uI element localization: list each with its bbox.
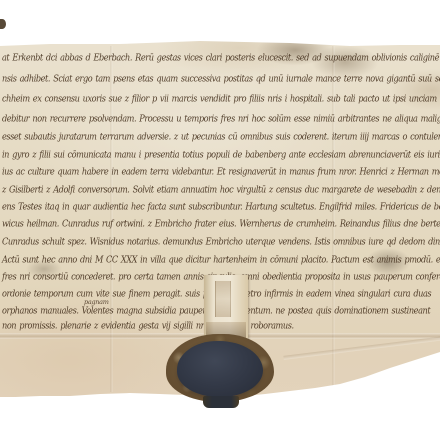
manuscript-line-2: nsis adhibet. Sciat ergo tam psens etas … (0, 73, 440, 86)
corner-mark (0, 19, 6, 29)
manuscript-line-4: debitur non recurrere psolvendam. Proces… (0, 113, 440, 126)
manuscript-line-7: ius ac culture quam habere in eadem terr… (0, 166, 440, 179)
manuscript-line-5: esset subautis juratarum terrarum advers… (0, 131, 440, 144)
manuscript-line-12: Actū sunt hec anno dni M CC XXX in villa… (0, 254, 440, 267)
interlinear-note: pagnam (84, 298, 109, 306)
manuscript-line-9: ens Testes itaq in quar audientia hec fa… (0, 201, 440, 214)
manuscript-line-10: wicus heilman. Cunradus ruf ortwini. z E… (0, 218, 440, 231)
wax-seal-tab (203, 396, 239, 408)
manuscript-line-3: chheim ex consensu uxoris sue z filior p… (0, 93, 440, 106)
manuscript-line-8: z Gisilberti z Adolfi conversorum. Solvi… (0, 184, 440, 197)
manuscript-line-6: in gyro z filii sui cōmunicata manu i pr… (0, 149, 440, 162)
charter-photo: at Erkenbt dci abbas d Eberbach. Rerū ge… (0, 0, 440, 440)
wax-seal (177, 341, 263, 397)
fold-crease-diagonal (283, 336, 440, 360)
manuscript-line-11: Cunradus schult spez. Wisnidus notarius.… (0, 236, 440, 249)
manuscript-line-1: at Erkenbt dci abbas d Eberbach. Rerū ge… (0, 52, 440, 65)
manuscript-line-16: non promissis. plenarie z evidentia gest… (0, 320, 376, 333)
